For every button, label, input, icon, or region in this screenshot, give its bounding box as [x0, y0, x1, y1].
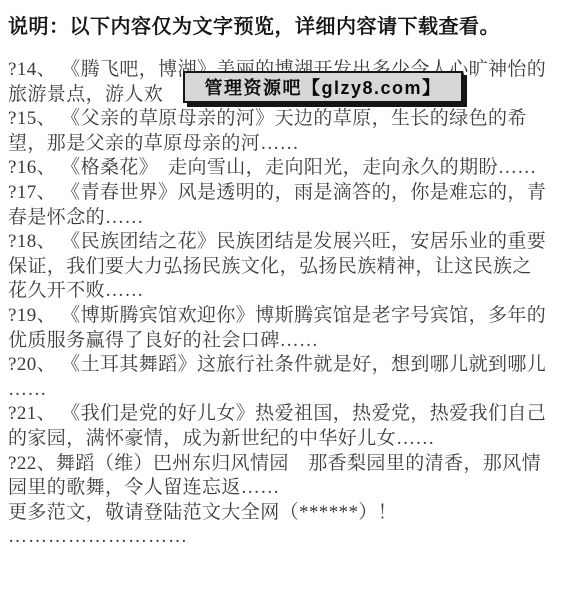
ellipsis-row: ………………………	[8, 525, 574, 550]
list-item-15: ?15、 《父亲的草原母亲的河》天边的草原，生长的绿色的希 望，那是父亲的草原母…	[8, 107, 574, 156]
preview-notice-header: 说明：以下内容仅为文字预览，详细内容请下载查看。	[8, 14, 572, 40]
text-line: 优质服务赢得了良好的社会口碑……	[8, 329, 574, 354]
text-line: 望，那是父亲的草原母亲的河……	[8, 132, 574, 157]
text-line: ………………………	[8, 525, 574, 550]
list-item-18: ?18、 《民族团结之花》民族团结是发展兴旺，安居乐业的重要 保证，我们要大力弘…	[8, 230, 574, 304]
text-line: ?19、 《博斯腾宾馆欢迎你》博斯腾宾馆是老字号宾馆，多年的	[8, 304, 574, 329]
preview-content: ?14、 《腾飞吧，博湖》美丽的博湖开发出多少令人心旷神怡的 旅游景点，游人欢 …	[8, 58, 574, 550]
text-line: ?15、 《父亲的草原母亲的河》天边的草原，生长的绿色的希	[8, 107, 574, 132]
footer-note: 更多范文，敬请登陆范文大全网（******）！	[8, 501, 574, 526]
watermark-label: 管理资源吧【glzy8.com】	[204, 74, 441, 100]
text-line: ?16、 《格桑花》 走向雪山，走向阳光，走向永久的期盼……	[8, 156, 574, 181]
list-item-16: ?16、 《格桑花》 走向雪山，走向阳光，走向永久的期盼……	[8, 156, 574, 181]
text-line: ?18、 《民族团结之花》民族团结是发展兴旺，安居乐业的重要	[8, 230, 574, 255]
text-line: ?20、 《土耳其舞蹈》这旅行社条件就是好，想到哪儿就到哪儿	[8, 353, 574, 378]
text-line: 花久开不败……	[8, 279, 574, 304]
text-line: 园里的歌舞，令人留连忘返……	[8, 476, 574, 501]
text-line: 更多范文，敬请登陆范文大全网（******）！	[8, 501, 574, 526]
list-item-17: ?17、 《青春世界》风是透明的，雨是滴答的，你是难忘的，青 春是怀念的……	[8, 181, 574, 230]
document-preview-page: 说明：以下内容仅为文字预览，详细内容请下载查看。 ?14、 《腾飞吧，博湖》美丽…	[0, 0, 578, 600]
list-item-20: ?20、 《土耳其舞蹈》这旅行社条件就是好，想到哪儿就到哪儿 ……	[8, 353, 574, 402]
text-line: 春是怀念的……	[8, 206, 574, 231]
text-line: 保证，我们要大力弘扬民族文化，弘扬民族精神，让这民族之	[8, 255, 574, 280]
text-line: ?21、 《我们是党的好儿女》热爱祖国，热爱党，热爱我们自己	[8, 402, 574, 427]
watermark-stamp: 管理资源吧【glzy8.com】	[183, 71, 463, 103]
text-line: 的家园，满怀豪情，成为新世纪的中华好儿女……	[8, 427, 574, 452]
text-line: ?22、舞蹈（维）巴州东归风情园 那香梨园里的清香，那风情	[8, 452, 574, 477]
text-line: ……	[8, 378, 574, 403]
list-item-21: ?21、 《我们是党的好儿女》热爱祖国，热爱党，热爱我们自己 的家园，满怀豪情，…	[8, 402, 574, 451]
list-item-22: ?22、舞蹈（维）巴州东归风情园 那香梨园里的清香，那风情 园里的歌舞，令人留连…	[8, 452, 574, 501]
list-item-19: ?19、 《博斯腾宾馆欢迎你》博斯腾宾馆是老字号宾馆，多年的 优质服务赢得了良好…	[8, 304, 574, 353]
text-line: ?17、 《青春世界》风是透明的，雨是滴答的，你是难忘的，青	[8, 181, 574, 206]
